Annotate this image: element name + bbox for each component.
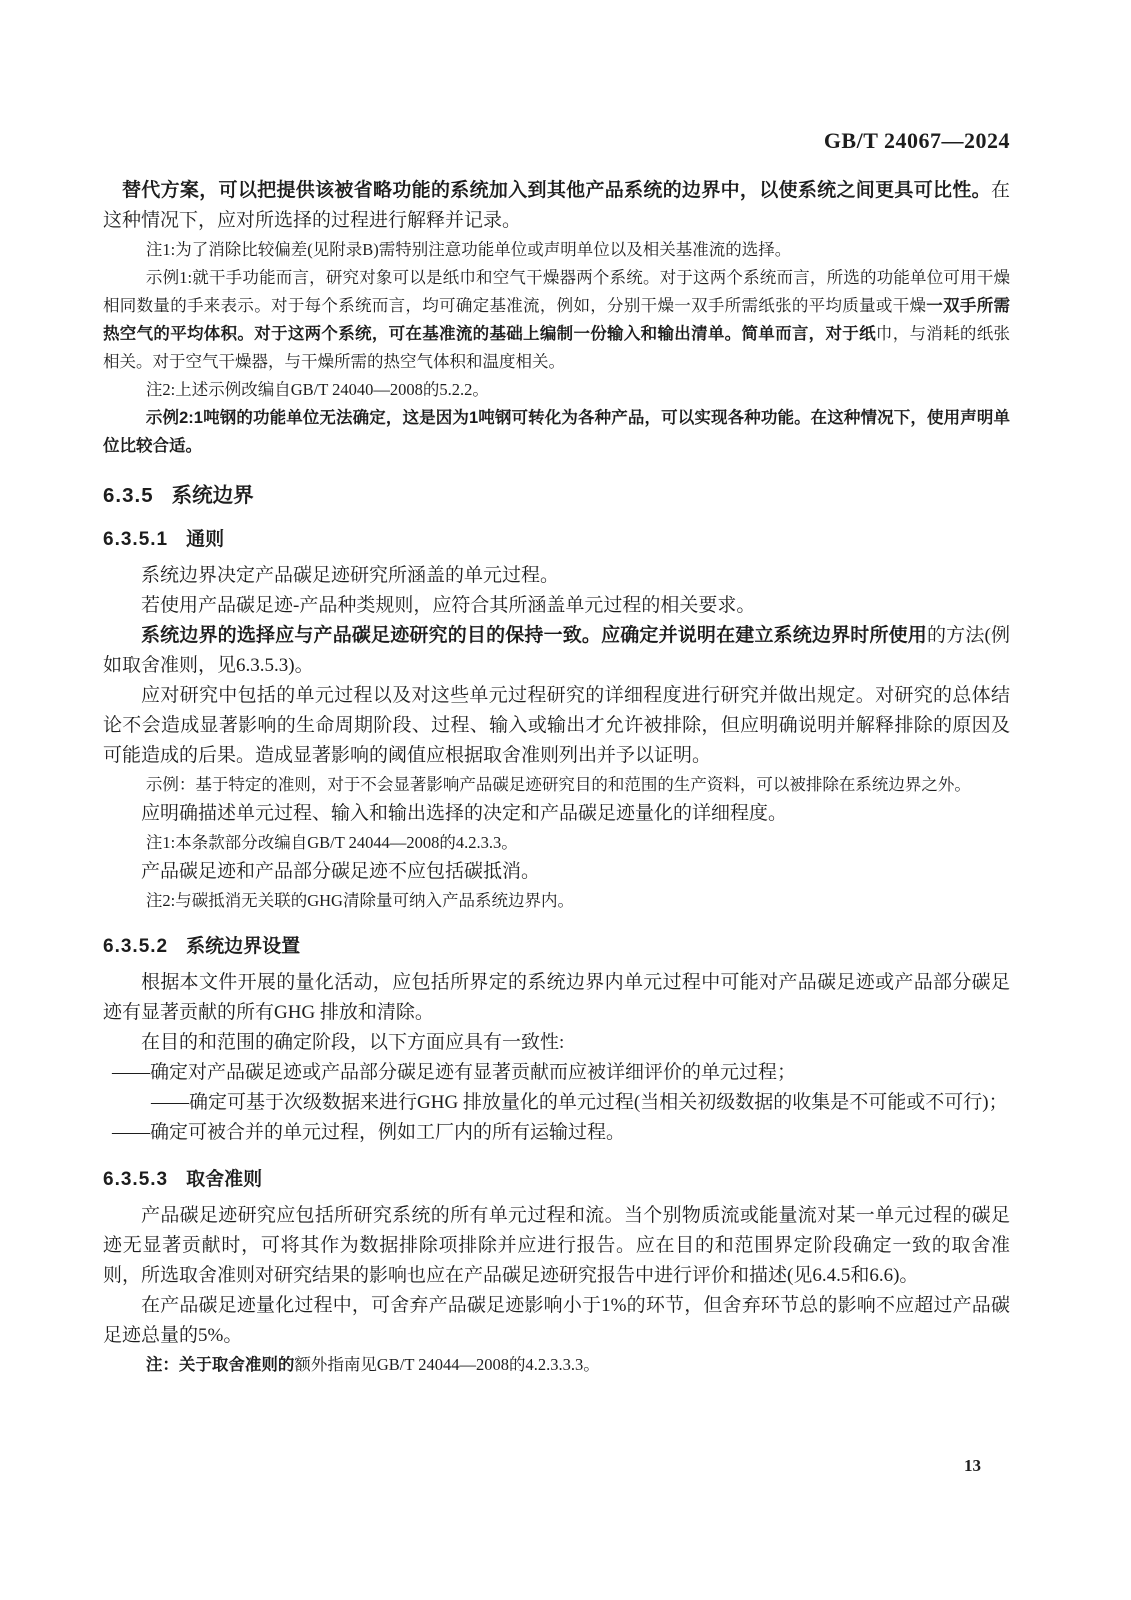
paragraph-one-percent-threshold: 在产品碳足迹量化过程中，可舍弃产品碳足迹影响小于1%的环节，但舍弃环节总的影响不… xyxy=(103,1291,1010,1351)
paragraph-alternative-scheme: 替代方案，可以把提供该被省略功能的系统加入到其他产品系统的边界中，以使系统之间更… xyxy=(103,176,1010,236)
example-exclusion-criteria: 示例：基于特定的准则，对于不会显著影响产品碳足迹研究目的和范围的生产资料，可以被… xyxy=(103,771,1010,799)
paragraph-boundary-choice: 系统边界的选择应与产品碳足迹研究的目的保持一致。应确定并说明在建立系统边界时所使… xyxy=(103,621,1010,681)
section-heading-635: 6.3.5系统边界 xyxy=(103,478,1010,508)
note-2-ghg-removals: 注2:与碳抵消无关联的GHG清除量可纳入产品系统边界内。 xyxy=(103,887,1010,915)
section-heading-6351: 6.3.5.1通则 xyxy=(103,524,1010,551)
document-page: GB/T 24067—2024 替代方案，可以把提供该被省略功能的系统加入到其他… xyxy=(0,0,1131,1600)
note-1-comparison-bias: 注1:为了消除比较偏差(见附录B)需特别注意功能单位或声明单位以及相关基准流的选… xyxy=(103,236,1010,264)
section-number-6351: 6.3.5.1 xyxy=(103,529,168,550)
section-title-635: 系统边界 xyxy=(172,484,254,507)
section-title-6352: 系统边界设置 xyxy=(186,936,300,957)
section-number-635: 6.3.5 xyxy=(103,484,154,507)
paragraph-system-boundary-general: 系统边界决定产品碳足迹研究所涵盖的单元过程。 xyxy=(103,561,1010,591)
example-1-part-a: 示例1:就干手功能而言，研究对象可以是纸巾和空气干燥器两个系统。对于这两个系统而… xyxy=(103,268,1010,315)
standard-number-header: GB/T 24067—2024 xyxy=(103,128,1010,154)
paragraph-describe-decisions: 应明确描述单元过程、输入和输出选择的决定和产品碳足迹量化的详细程度。 xyxy=(103,799,1010,829)
paragraph-quantification-activity: 根据本文件开展的量化活动，应包括所界定的系统边界内单元过程中可能对产品碳足迹或产… xyxy=(103,968,1010,1028)
section-number-6352: 6.3.5.2 xyxy=(103,936,168,957)
note-cutoff-guidance-label: 注：关于取舍准则的 xyxy=(146,1356,295,1374)
example-1-hand-drying: 示例1:就干手功能而言，研究对象可以是纸巾和空气干燥器两个系统。对于这两个系统而… xyxy=(103,264,1010,376)
paragraph-alternative-scheme-bold: 替代方案，可以把提供该被省略功能的系统加入到其他产品系统的边界中，以使系统之间更… xyxy=(122,180,991,201)
example-2-steel: 示例2:1吨钢的功能单位无法确定，这是因为1吨钢可转化为各种产品，可以实现各种功… xyxy=(103,404,1010,460)
list-item-merged-processes: ——确定可被合并的单元过程，例如工厂内的所有运输过程。 xyxy=(112,1118,1010,1148)
section-title-6351: 通则 xyxy=(186,529,224,550)
list-item-secondary-data: ——确定可基于次级数据来进行GHG 排放量化的单元过程(当相关初级数据的收集是不… xyxy=(151,1088,1010,1118)
section-title-6353: 取舍准则 xyxy=(186,1169,262,1190)
paragraph-boundary-choice-bold: 系统边界的选择应与产品碳足迹研究的目的保持一致。应确定并说明在建立系统边界时所使… xyxy=(141,625,927,646)
page-number: 13 xyxy=(964,1456,981,1476)
paragraph-consistency-intro: 在目的和范围的确定阶段，以下方面应具有一致性: xyxy=(103,1028,1010,1058)
paragraph-unit-process-detail: 应对研究中包括的单元过程以及对这些单元过程研究的详细程度进行研究并做出规定。对研… xyxy=(103,681,1010,771)
paragraph-cutoff-criteria: 产品碳足迹研究应包括所研究系统的所有单元过程和流。当个别物质流或能量流对某一单元… xyxy=(103,1201,1010,1291)
section-number-6353: 6.3.5.3 xyxy=(103,1169,168,1190)
section-heading-6352: 6.3.5.2系统边界设置 xyxy=(103,931,1010,958)
section-heading-6353: 6.3.5.3取舍准则 xyxy=(103,1164,1010,1191)
note-cutoff-guidance: 注：关于取舍准则的额外指南见GB/T 24044—2008的4.2.3.3.3。 xyxy=(103,1351,1010,1379)
list-item-significant-processes: ——确定对产品碳足迹或产品部分碳足迹有显著贡献而应被详细评价的单元过程； xyxy=(112,1058,1010,1088)
note-1-adapted-24044: 注1:本条款部分改编自GB/T 24044—2008的4.2.3.3。 xyxy=(103,829,1010,857)
paragraph-cfp-pcr: 若使用产品碳足迹-产品种类规则，应符合其所涵盖单元过程的相关要求。 xyxy=(103,591,1010,621)
note-2-adapted-from: 注2:上述示例改编自GB/T 24040—2008的5.2.2。 xyxy=(103,376,1010,404)
note-cutoff-guidance-rest: 额外指南见GB/T 24044—2008的4.2.3.3.3。 xyxy=(294,1355,599,1374)
page-content: 替代方案，可以把提供该被省略功能的系统加入到其他产品系统的边界中，以使系统之间更… xyxy=(103,176,1010,1379)
paragraph-no-carbon-offset: 产品碳足迹和产品部分碳足迹不应包括碳抵消。 xyxy=(103,857,1010,887)
